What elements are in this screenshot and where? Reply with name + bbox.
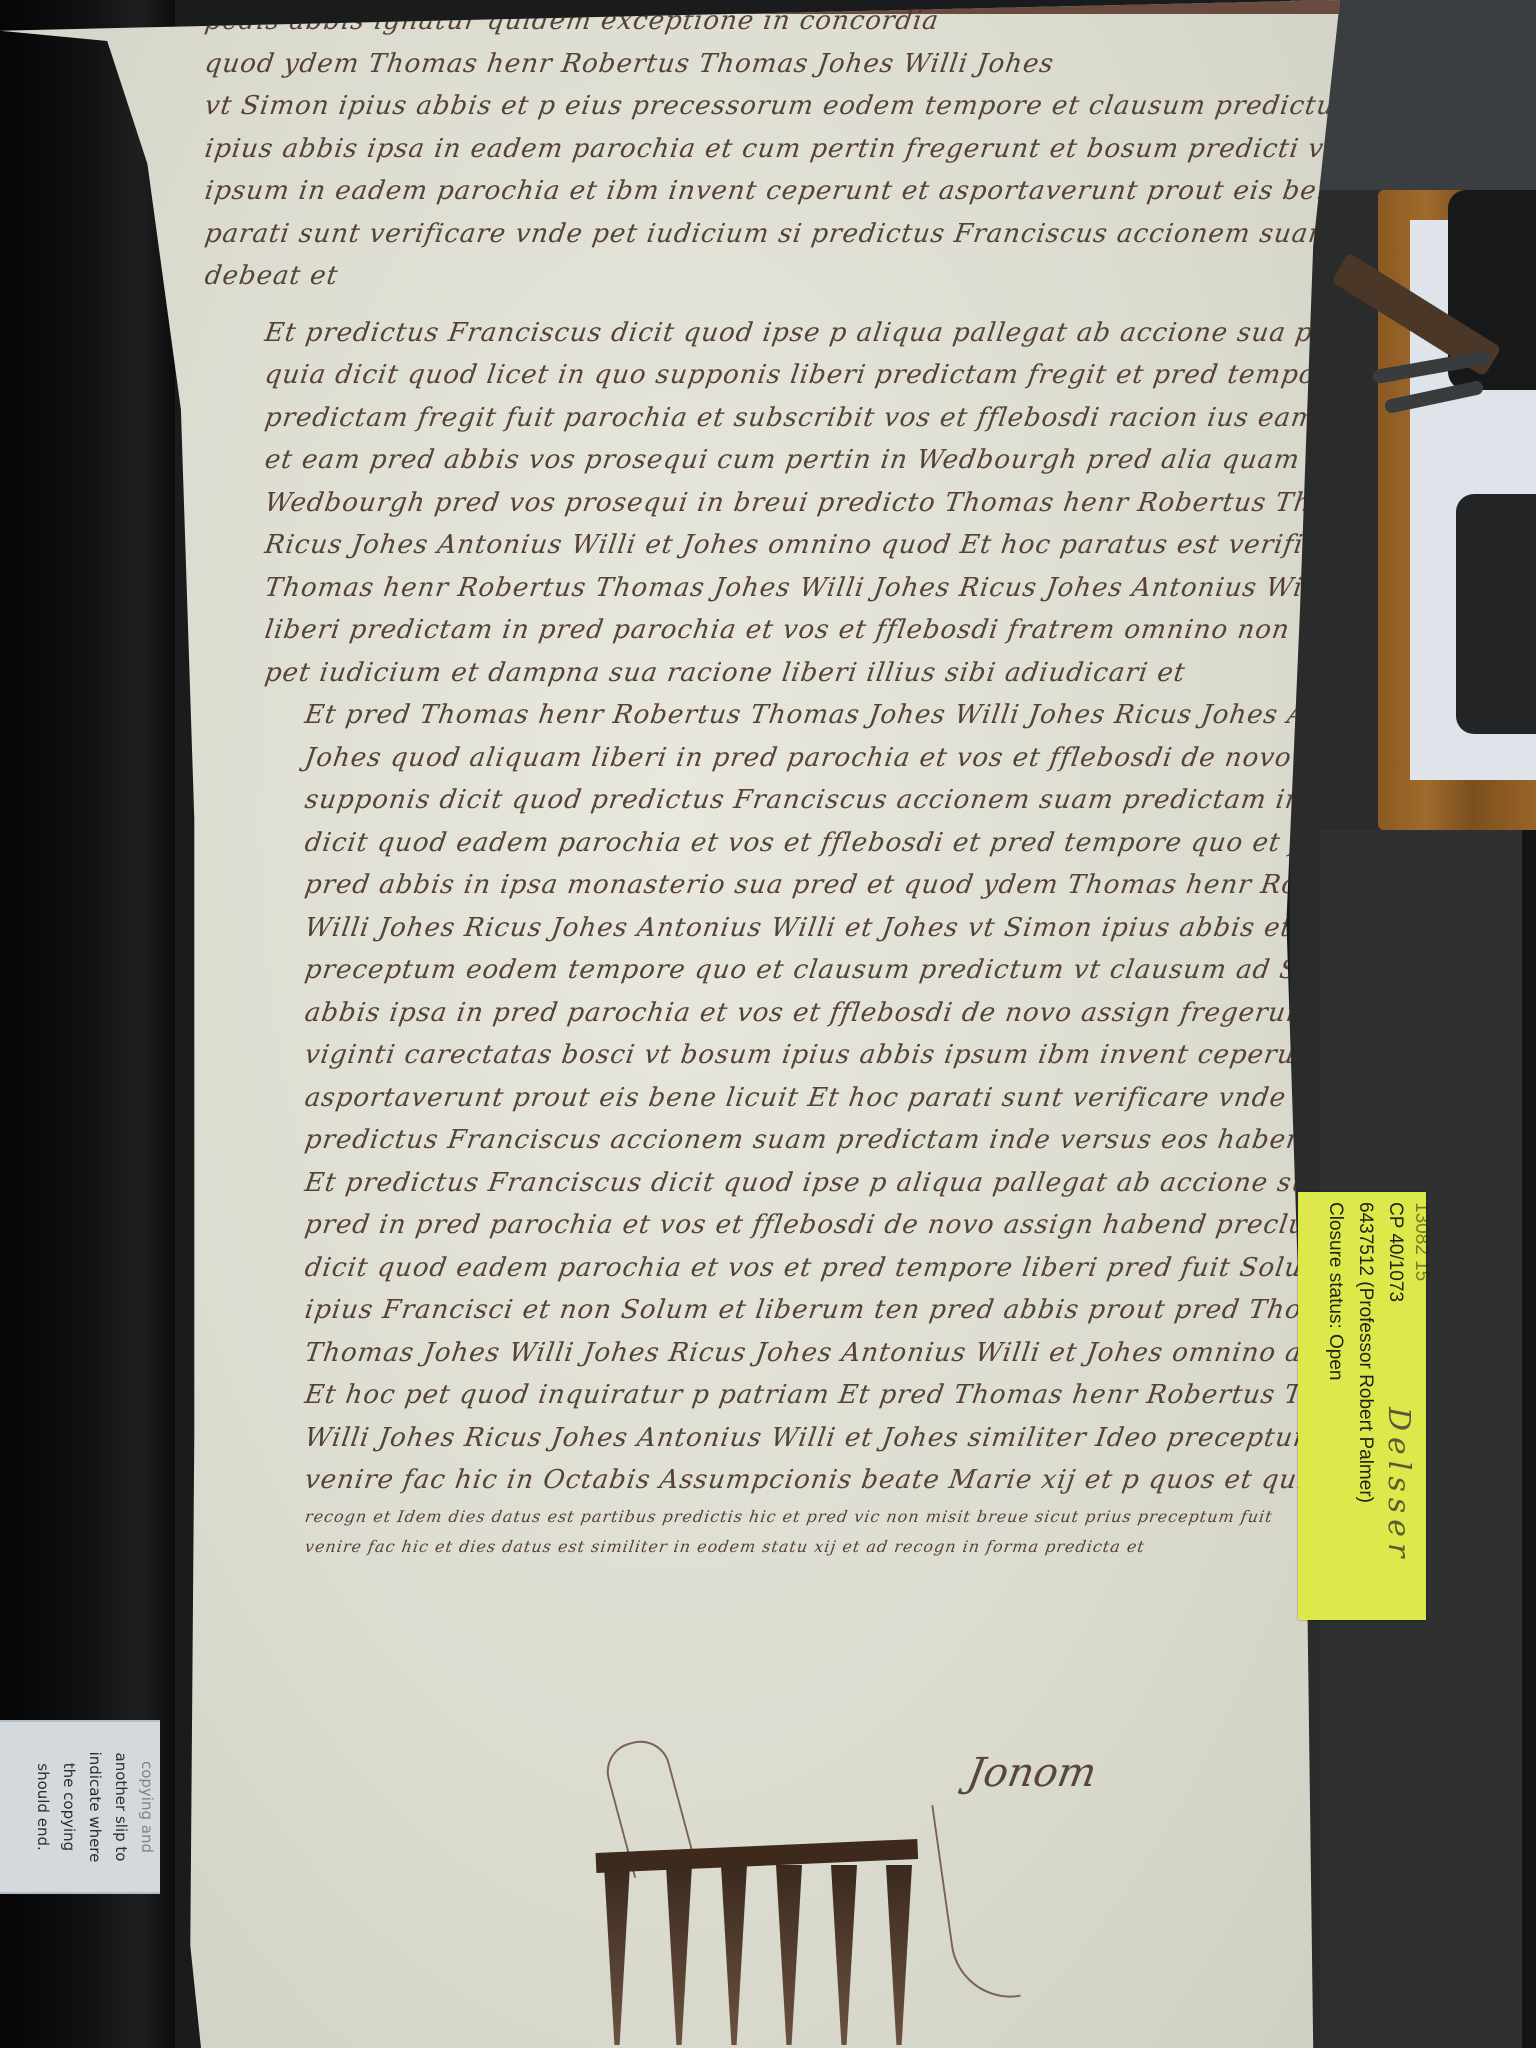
manuscript-line: predictus Franciscus accionem suam predi… bbox=[302, 1119, 1328, 1162]
manuscript-line: parati sunt verificare vnde pet iudicium… bbox=[202, 213, 1328, 256]
archive-sticky-note: 13082 15 CP 40/1073 6437512 (Professor R… bbox=[1298, 1192, 1426, 1620]
manuscript-line: ipsum in eadem parochia et ibm invent ce… bbox=[202, 170, 1328, 213]
manuscript-block-3: Et pred Thomas henr Robertus Thomas Johe… bbox=[205, 694, 1325, 1562]
manuscript-line: viginti carectatas bosci vt bosum ipius … bbox=[302, 1034, 1328, 1077]
slip-text: copying and another slip to indicate whe… bbox=[0, 1722, 160, 1892]
closure-status: Closure status: Open bbox=[1324, 1202, 1346, 1380]
seal-stroke bbox=[776, 1865, 802, 2045]
manuscript-line: et eam pred abbis vos prosequi cum perti… bbox=[262, 439, 1328, 482]
manuscript-line: venire fac hic et dies datus est similit… bbox=[303, 1532, 1327, 1562]
order-reference: 6437512 (Professor Robert Palmer) bbox=[1354, 1202, 1376, 1503]
manuscript-line: ipius abbis ipsa in eadem parochia et cu… bbox=[202, 128, 1328, 171]
slip-line: the copying bbox=[56, 1722, 82, 1892]
pencil-annotation: Delsser bbox=[1381, 1407, 1416, 1563]
manuscript-line: Et pred Thomas henr Robertus Thomas Johe… bbox=[302, 694, 1328, 737]
manuscript-line: vt Simon ipius abbis et p eius precessor… bbox=[202, 85, 1328, 128]
manuscript-line: Johes quod aliquam liberi in pred paroch… bbox=[302, 737, 1328, 780]
slip-line: copying and bbox=[134, 1722, 160, 1892]
slip-line: should end. bbox=[30, 1722, 56, 1892]
parchment-membrane: pedis abbis ignatur quidem exceptione in… bbox=[0, 0, 1340, 2048]
seal-stroke bbox=[831, 1865, 857, 2045]
manuscript-line: asportaverunt prout eis bene licuit Et h… bbox=[302, 1077, 1328, 1120]
manuscript-line: Et hoc pet quod inquiratur p patriam Et … bbox=[302, 1374, 1328, 1417]
document-reference: CP 40/1073 bbox=[1384, 1202, 1406, 1302]
manuscript-line: abbis ipsa in pred parochia et vos et ff… bbox=[302, 992, 1328, 1035]
signature: Jonom bbox=[964, 1750, 1100, 1796]
manuscript-line: Et predictus Franciscus dicit quod ipse … bbox=[302, 1162, 1328, 1205]
manuscript-line: Ricus Johes Antonius Willi et Johes omni… bbox=[262, 524, 1328, 567]
manuscript-line: Thomas henr Robertus Thomas Johes Willi … bbox=[262, 567, 1328, 610]
manuscript-line: debeat et bbox=[202, 255, 1328, 298]
manuscript-line: Willi Johes Ricus Johes Antonius Willi e… bbox=[302, 1417, 1328, 1460]
manuscript-line: venire fac hic in Octabis Assumpcionis b… bbox=[302, 1459, 1328, 1502]
manuscript-line: liberi predictam in pred parochia et vos… bbox=[262, 609, 1328, 652]
manuscript-line: supponis dicit quod predictus Franciscus… bbox=[302, 779, 1328, 822]
manuscript-line: preceptum eodem tempore quo et clausum p… bbox=[302, 949, 1328, 992]
black-weight-lower bbox=[1456, 494, 1536, 734]
seal-stroke bbox=[666, 1865, 692, 2045]
slip-line: another slip to bbox=[108, 1722, 134, 1892]
manuscript-block-2: Et predictus Franciscus dicit quod ipse … bbox=[205, 312, 1325, 695]
sticky-line-partial: 13082 15 bbox=[1410, 1202, 1432, 1281]
manuscript-line: Thomas Johes Willi Johes Ricus Johes Ant… bbox=[302, 1332, 1328, 1375]
manuscript-line: Et predictus Franciscus dicit quod ipse … bbox=[262, 312, 1328, 355]
manuscript-line: dicit quod eadem parochia et vos et ffle… bbox=[302, 822, 1328, 865]
seal-stroke bbox=[604, 1865, 630, 2045]
seal-stroke bbox=[886, 1865, 912, 2045]
slip-line: indicate where bbox=[82, 1722, 108, 1892]
manuscript-line: quod ydem Thomas henr Robertus Thomas Jo… bbox=[202, 43, 1328, 86]
manuscript-line: dicit quod eadem parochia et vos et pred… bbox=[302, 1247, 1328, 1290]
board-edge bbox=[1522, 830, 1536, 2048]
manuscript-line: recogn et Idem dies datus est partibus p… bbox=[303, 1502, 1327, 1532]
manuscript-line: pred in pred parochia et vos et fflebosd… bbox=[302, 1204, 1328, 1247]
seal-stroke bbox=[721, 1865, 747, 2045]
manuscript-line: pet iudicium et dampna sua racione liber… bbox=[262, 652, 1328, 695]
manuscript-line: Willi Johes Ricus Johes Antonius Willi e… bbox=[302, 907, 1328, 950]
instruction-slip: copying and another slip to indicate whe… bbox=[0, 1720, 160, 1894]
manuscript-text: pedis abbis ignatur quidem exceptione in… bbox=[205, 0, 1325, 1562]
sticky-note-text: 13082 15 CP 40/1073 6437512 (Professor R… bbox=[1298, 1192, 1426, 1620]
manuscript-line: predictam fregit fuit parochia et subscr… bbox=[262, 397, 1328, 440]
manuscript-line: ipius Francisci et non Solum et liberum … bbox=[302, 1289, 1328, 1332]
manuscript-line: pedis abbis ignatur quidem exceptione in… bbox=[202, 0, 1328, 43]
manuscript-line: Wedbourgh pred vos prosequi in breui pre… bbox=[262, 482, 1328, 525]
notarial-mark-icon bbox=[596, 1853, 918, 2048]
manuscript-line: quia dicit quod licet in quo supponis li… bbox=[262, 354, 1328, 397]
manuscript-block-1: pedis abbis ignatur quidem exceptione in… bbox=[205, 0, 1325, 298]
manuscript-line: pred abbis in ipsa monasterio sua pred e… bbox=[302, 864, 1328, 907]
